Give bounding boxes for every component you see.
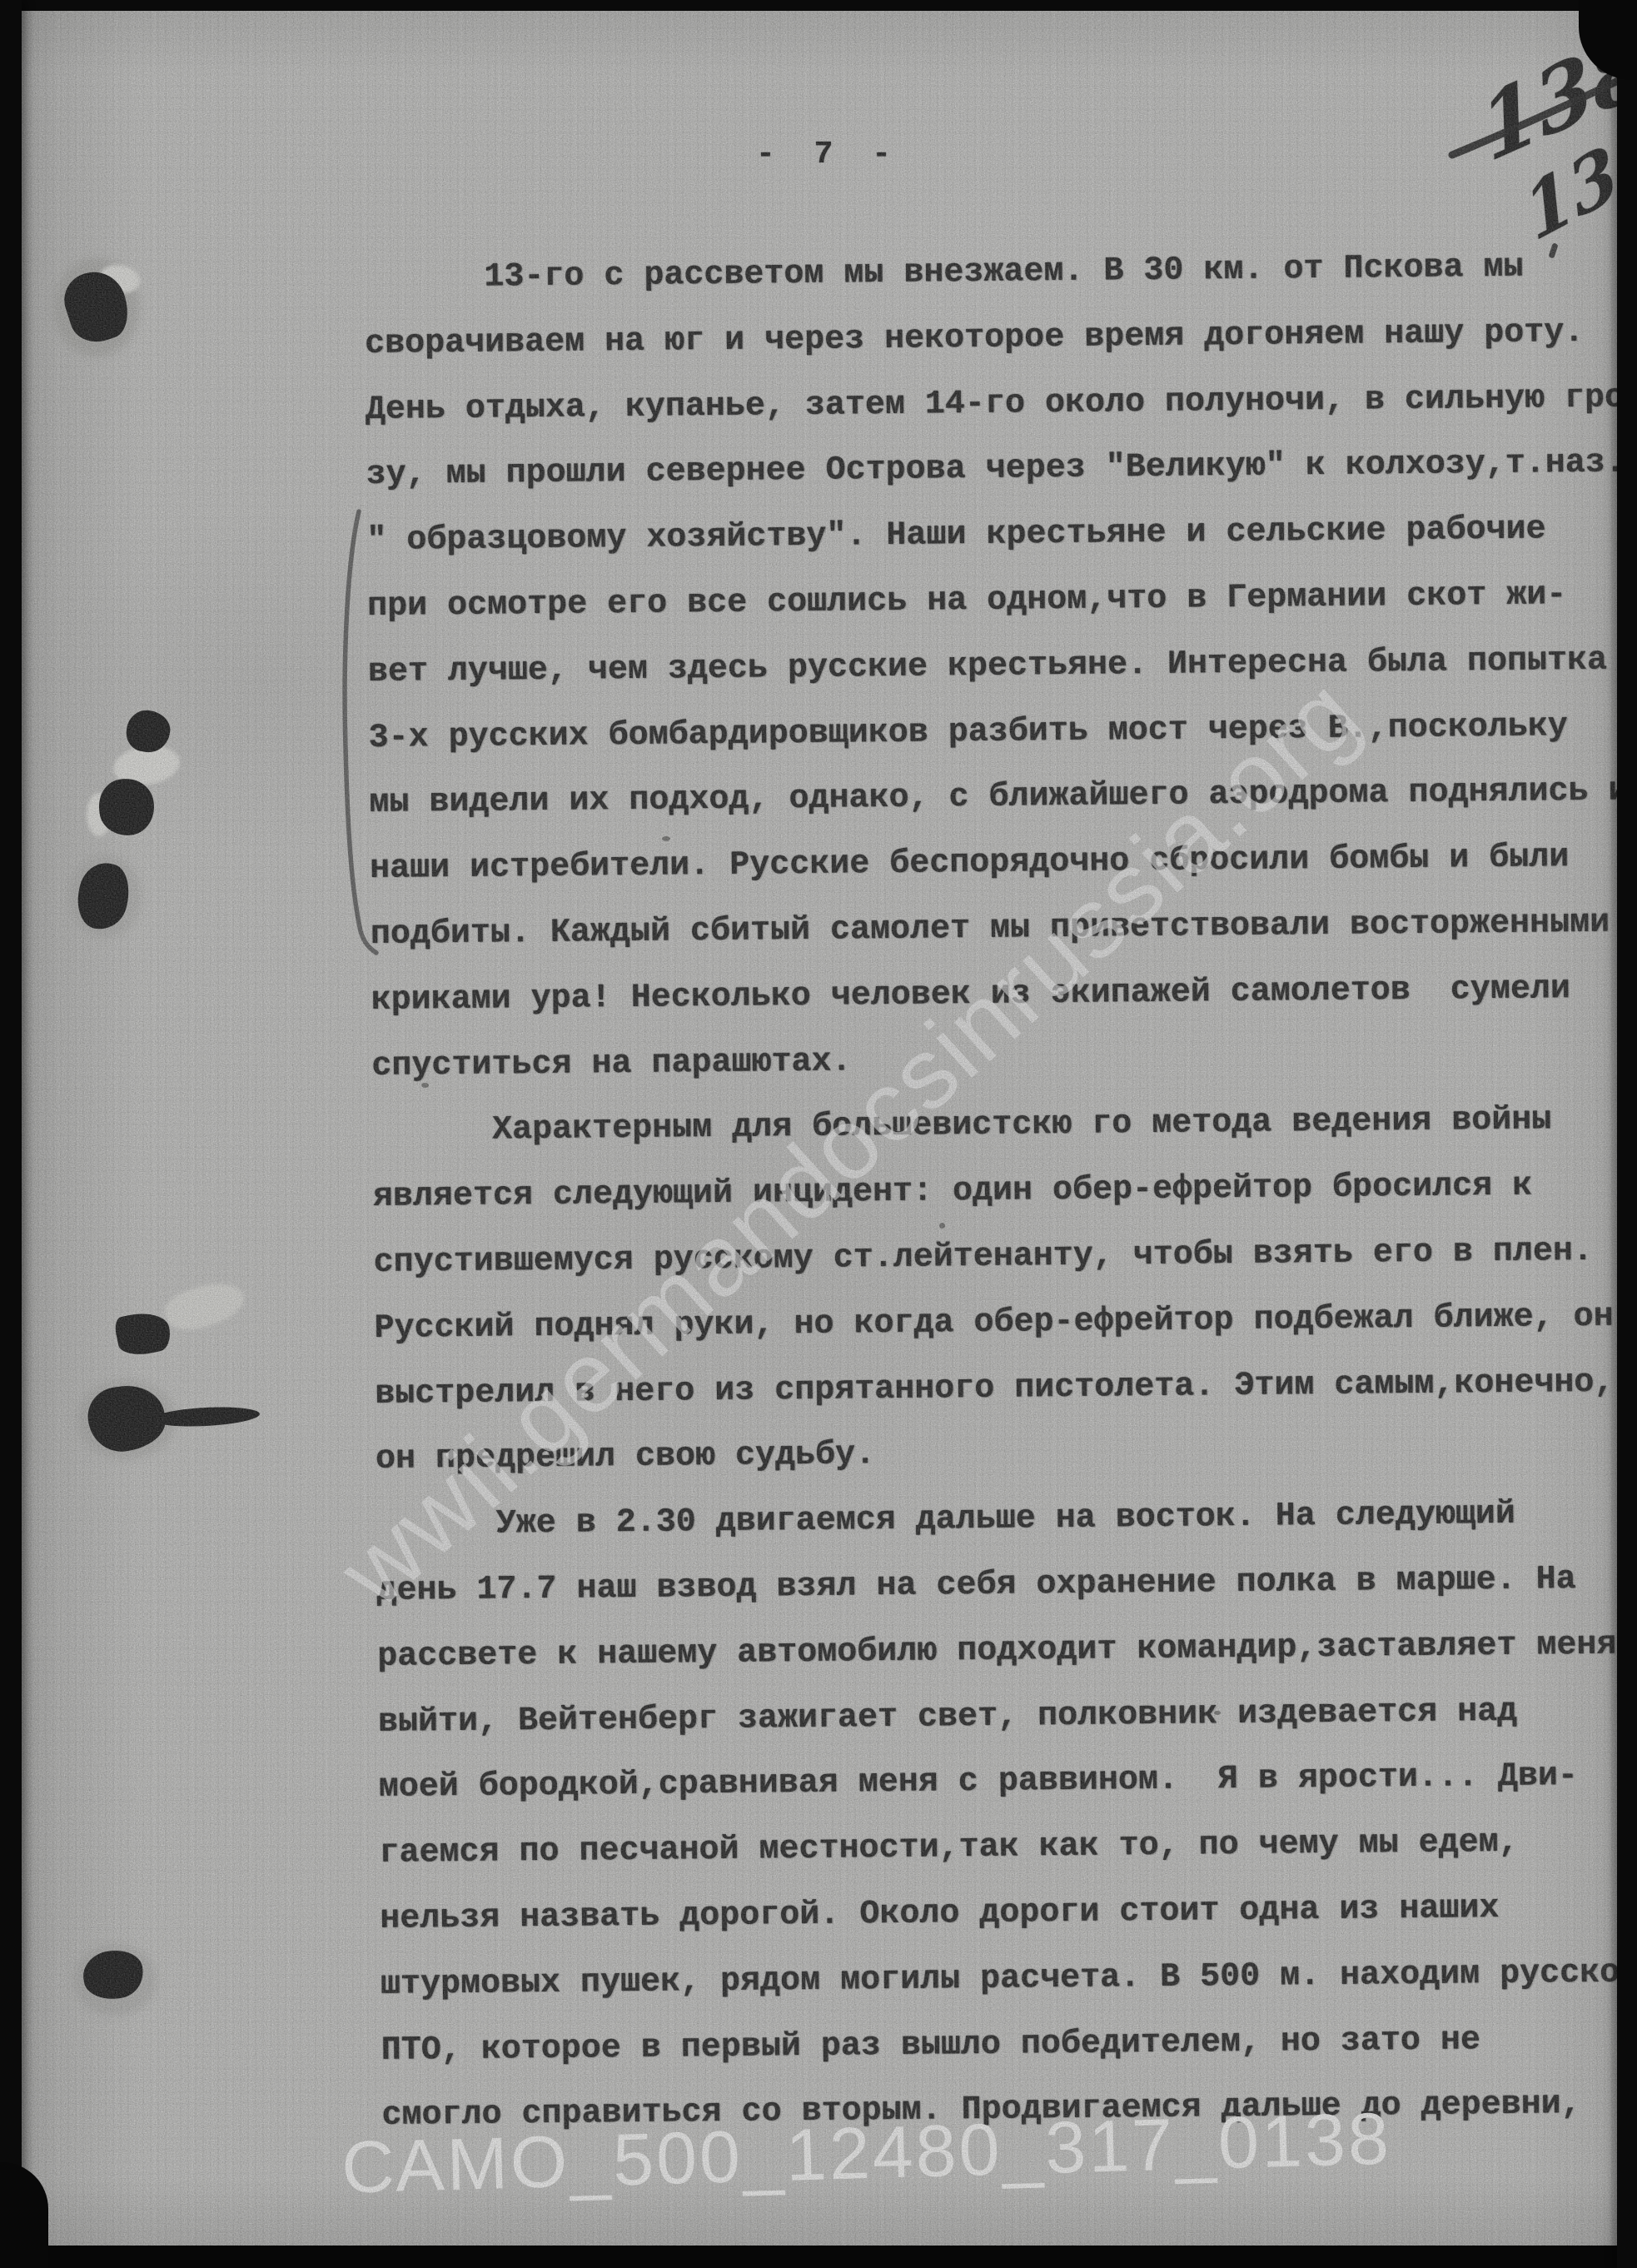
document-line: спустившемуся русскому ст.лейтенанту, чт… (373, 1219, 1637, 1296)
scan-edge-top (0, 0, 1637, 11)
document-line: ПТО, которое в первый раз вышло победите… (381, 2006, 1637, 2084)
document-line: " образцовому хозяйству". Наши крестьяне… (366, 496, 1637, 574)
scan-edge-left (0, 0, 22, 2268)
document-line: Характерным для большевистскю го метода … (372, 1088, 1637, 1165)
scanned-document-page: { "header": { "page_number": "- 7 -", "h… (0, 0, 1637, 2268)
document-line: гаемся по песчаной местности,так как то,… (379, 1809, 1637, 1887)
ink-speck (421, 1083, 429, 1088)
document-line: день 17.7 наш взвод взял на себя охранен… (376, 1547, 1637, 1624)
document-line: выйти, Вейтенберг зажигает свет, полковн… (378, 1678, 1637, 1756)
document-line: Уже в 2.30 двигаемся дальше на восток. Н… (376, 1481, 1637, 1558)
typewritten-text: 13-го с рассветом мы внезжаем. В 30 км. … (364, 234, 1637, 2150)
document-line: 13-го с рассветом мы внезжаем. В 30 км. … (364, 234, 1637, 312)
ink-speck (939, 1223, 945, 1229)
strike-mark (1437, 62, 1637, 170)
document-line: 3-х русских бомбардировщиков разбить мос… (368, 694, 1637, 771)
document-line: сворачиваем на юг и через некоторое врем… (365, 300, 1637, 377)
page-number: - 7 - (756, 137, 901, 172)
ink-speck (662, 836, 670, 841)
scan-edge-right (1617, 0, 1637, 2268)
document-line: штурмовых пушек, рядом могилы расчета. В… (381, 1941, 1637, 2018)
document-line: моей бородкой,сравнивая меня с раввином.… (378, 1744, 1637, 1822)
document-line: наши истребители. Русские беспорядочно с… (370, 825, 1637, 902)
ink-speck (1214, 1711, 1221, 1715)
document-line: нельзя назвать дорогой. Около дороги сто… (380, 1875, 1637, 1952)
document-line: рассвете к нашему автомобилю подходит ко… (377, 1613, 1637, 1690)
document-line: мы видели их подход, однако, с ближайшег… (369, 760, 1637, 837)
scan-edge-bottom (0, 2246, 1637, 2268)
document-line: является следующий инцидент: один обер-е… (373, 1153, 1637, 1230)
document-line: зу, мы прошли севернее Острова через "Ве… (366, 431, 1637, 509)
document-line: День отдыха, купанье, затем 14-го около … (366, 366, 1637, 443)
